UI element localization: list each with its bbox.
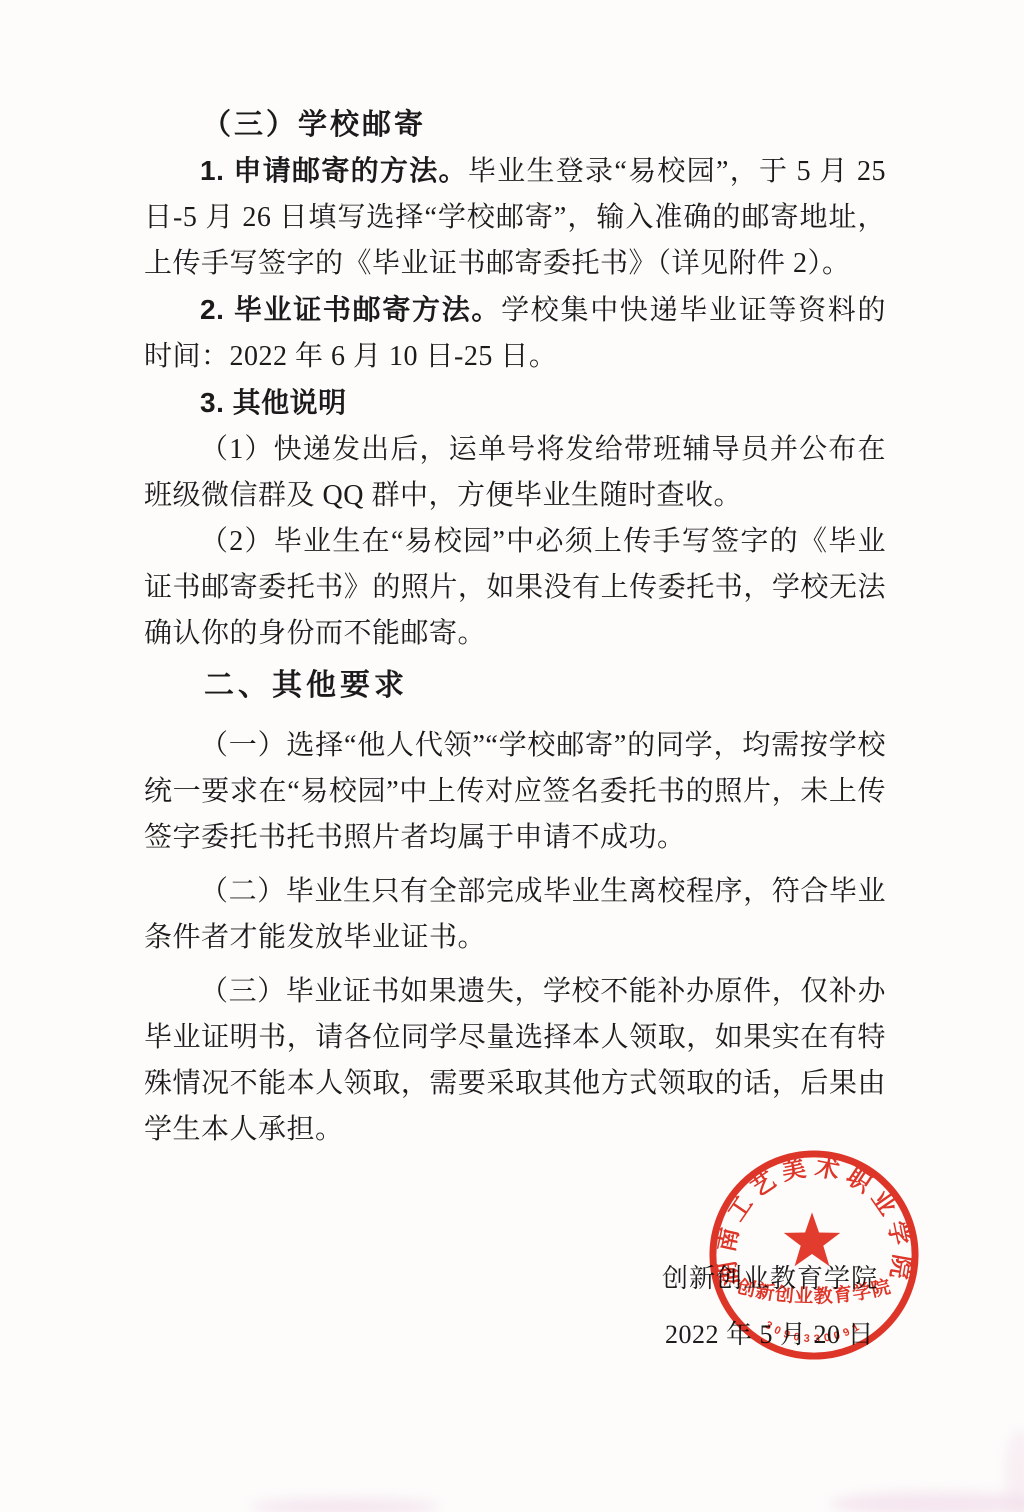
official-seal: 湖南工艺美术职业学院 创新创业教育学院 3090330091 xyxy=(705,1146,923,1364)
scan-smudge xyxy=(250,1498,440,1512)
seal-graphic: 湖南工艺美术职业学院 创新创业教育学院 3090330091 xyxy=(705,1146,923,1364)
section-heading-school-mailing: （三）学校邮寄 xyxy=(144,102,886,148)
paragraph-apply-mailing-method: 1. 申请邮寄的方法。毕业生登录“易校园”，于 5 月 25 日-5 月 26 … xyxy=(144,148,886,287)
paragraph-other-notes-heading: 3. 其他说明 xyxy=(144,380,886,427)
scan-smudge xyxy=(830,1492,1024,1512)
paragraph-diploma-mailing-method: 2. 毕业证书邮寄方法。学校集中快递毕业证等资料的时间：2022 年 6 月 1… xyxy=(144,287,886,380)
section-heading-other-requirements: 二、其他要求 xyxy=(144,663,886,709)
seal-banner-title: 创新创业教育学院 xyxy=(734,1274,894,1306)
paragraph-note-2: （2）毕业生在“易校园”中必须上传手写签字的《毕业证书邮寄委托书》的照片，如果没… xyxy=(144,519,886,657)
seal-star-icon xyxy=(784,1212,840,1266)
paragraph-requirement-3: （三）毕业证书如果遗失，学校不能补办原件，仅补办毕业证明书，请各位同学尽量选择本… xyxy=(144,969,886,1153)
seal-serial-number: 3090330091 xyxy=(763,1319,866,1345)
paragraph-requirement-2: （二）毕业生只有全部完成毕业生离校程序，符合毕业条件者才能发放毕业证书。 xyxy=(144,869,886,961)
document-body: （三）学校邮寄 1. 申请邮寄的方法。毕业生登录“易校园”，于 5 月 25 日… xyxy=(144,102,886,1161)
scan-smudge xyxy=(1005,1430,1024,1512)
paragraph-note-1: （1）快递发出后，运单号将发给带班辅导员并公布在班级微信群及 QQ 群中，方便毕… xyxy=(144,427,886,519)
paragraph-requirement-1: （一）选择“他人代领”“学校邮寄”的同学，均需按学校统一要求在“易校园”中上传对… xyxy=(144,723,886,861)
scanned-document-page: （三）学校邮寄 1. 申请邮寄的方法。毕业生登录“易校园”，于 5 月 25 日… xyxy=(0,0,1024,1512)
